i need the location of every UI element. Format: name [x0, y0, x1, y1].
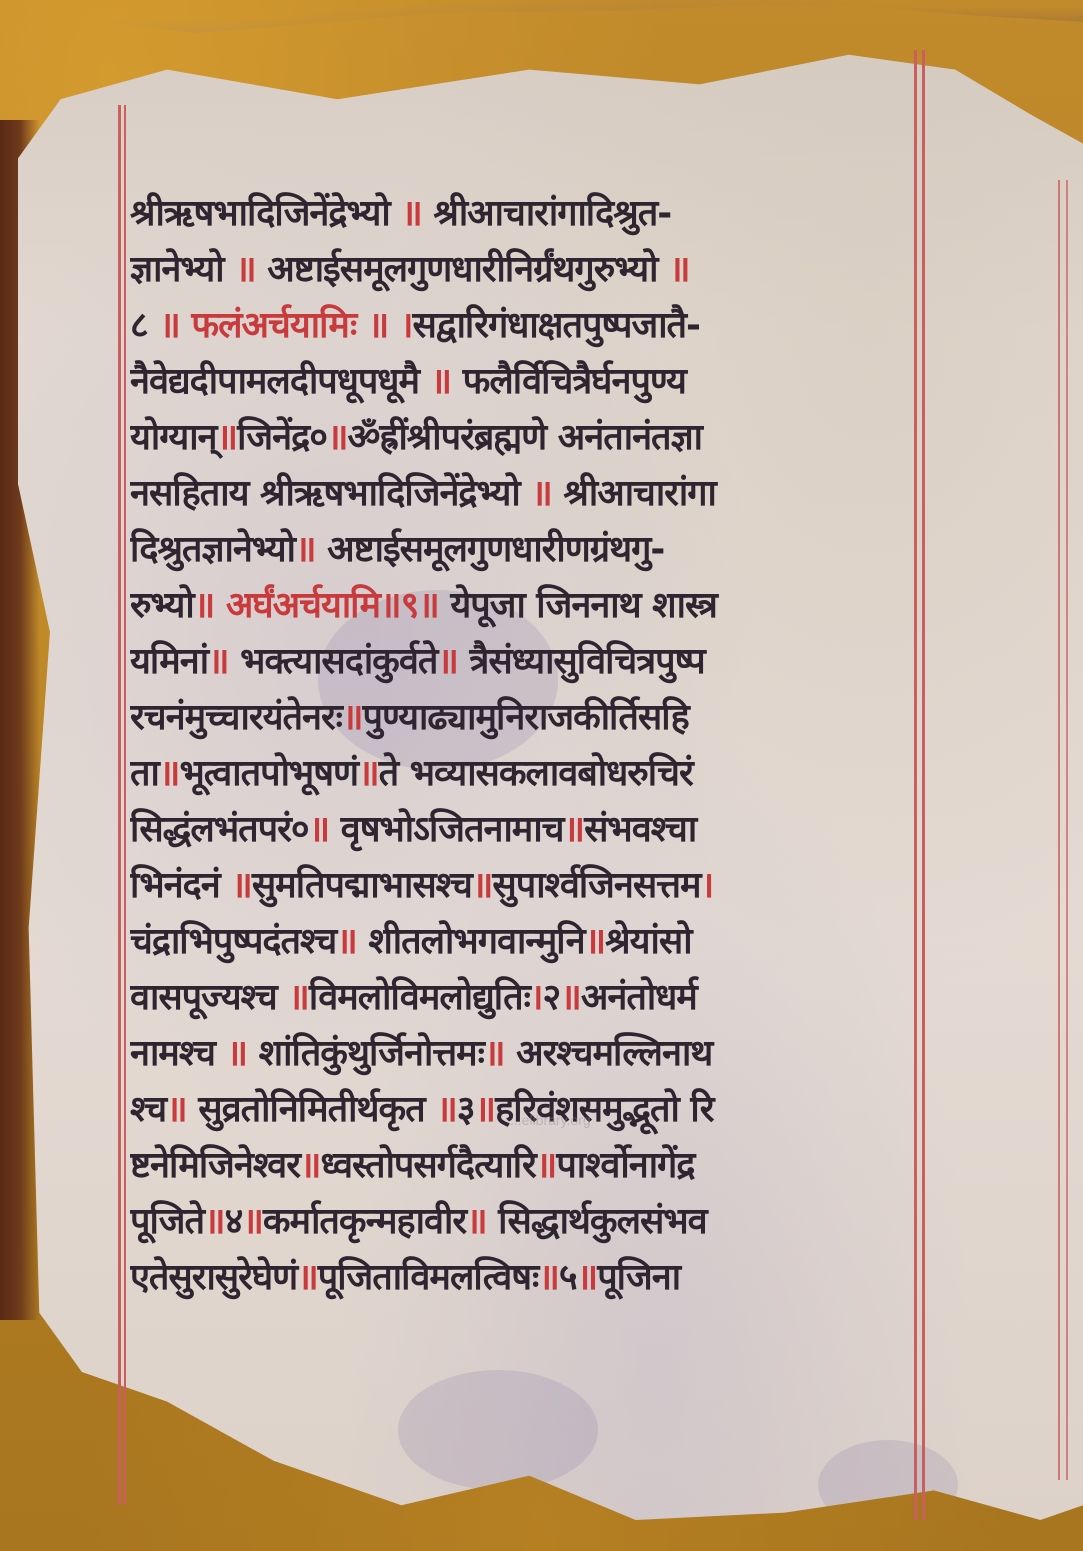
ink-text: ता: [130, 753, 159, 794]
manuscript-line: नैवेद्यदीपामलदीपधूपधूमै ॥ फलैर्विचित्रैर…: [130, 354, 912, 410]
ink-text: [388, 305, 400, 346]
manuscript-line: ता॥भूत्वातपोभूषणं॥ते भव्यासकलावबोधरुचिरं: [130, 746, 912, 802]
rubric-text: ॥: [159, 753, 180, 794]
rubric-text: ॥: [327, 417, 348, 458]
ink-text: नामश्च: [130, 1033, 227, 1074]
ink-text: ज्ञानेभ्यो: [130, 249, 235, 290]
watermark: ...elibrary.org: [510, 1112, 591, 1128]
ink-text: ४: [225, 1201, 243, 1242]
ink-text: श्रीऋषभादिजिनेंद्रेभ्यो: [130, 193, 401, 234]
rubric-text: ॥: [300, 1145, 321, 1186]
manuscript-line: योग्यान्॥जिनेंद्र०॥ॐह्रींश्रीपरंब्रह्मणे…: [130, 410, 912, 466]
ink-text: सुव्रतोनिमितीर्थकृत: [187, 1089, 436, 1130]
ink-text: योग्यान्: [130, 417, 217, 458]
ink-text: अष्टाईसमूलगुणधारीणग्रंथगु-: [316, 529, 665, 570]
ink-text: शीतलोभगवान्मुनि: [357, 921, 585, 962]
ink-text: पुण्याढ्यामुनिराजकीर्तिसहि: [363, 697, 689, 738]
rubric-text: ॥: [297, 1257, 318, 1298]
right-border-rule-inner: [914, 50, 917, 1520]
manuscript-line: ज्ञानेभ्यो ॥ अष्टाईसमूलगुणधारीनिर्ग्रंथग…: [130, 242, 912, 298]
rubric-text: ॥: [295, 529, 316, 570]
rubric-text: ॥: [309, 809, 330, 850]
manuscript-text-block: श्रीऋषभादिजिनेंद्रेभ्यो ॥ श्रीआचारांगादि…: [130, 186, 912, 1306]
rubric-text: ॥: [431, 361, 452, 402]
ink-text: अरश्चमल्लिनाथ: [505, 1033, 713, 1074]
ink-text: दिश्रुतज्ञानेभ्यो: [130, 529, 295, 570]
manuscript-line: एतेसुरासुरेघेणं॥पूजिताविमलत्विषः॥५॥पूजिन…: [130, 1250, 912, 1306]
ink-text: रुभ्यो: [130, 585, 194, 626]
rubric-text: ।: [530, 977, 543, 1018]
ink-text: वासपूज्यश्च: [130, 977, 288, 1018]
ink-text: भिनंदनं: [130, 865, 231, 906]
rubric-text: ॥: [288, 977, 309, 1018]
rubric-text: ।: [701, 865, 714, 906]
manuscript-line: रचनंमुच्चारयंतेनरः॥पुण्याढ्यामुनिराजकीर्…: [130, 690, 912, 746]
manuscript-line: यमिनां॥ भक्त्यासदांकुर्वते॥ त्रैसंध्यासु…: [130, 634, 912, 690]
ink-text: चंद्राभिपुष्पदंतश्च: [130, 921, 336, 962]
manuscript-line: नसहिताय श्रीऋषभादिजिनेंद्रेभ्यो ॥ श्रीआच…: [130, 466, 912, 522]
ink-text: फलैर्विचित्रैर्घनपुण्य: [451, 361, 686, 402]
manuscript-line: श्रीऋषभादिजिनेंद्रेभ्यो ॥ श्रीआचारांगादि…: [130, 186, 912, 242]
manuscript-line: दिश्रुतज्ञानेभ्यो॥ अष्टाईसमूलगुणधारीणग्र…: [130, 522, 912, 578]
ink-text: श्च: [130, 1089, 166, 1130]
rubric-text: ॥: [401, 193, 422, 234]
ink-text: वृषभोऽजितनामाच: [329, 809, 563, 850]
rubric-text: ॥: [560, 977, 581, 1018]
right-border-rule-outer: [922, 50, 925, 1520]
outer-margin-rule: [1058, 180, 1060, 1480]
ink-text: अनंतोधर्म: [581, 977, 697, 1018]
ink-text: श्रीआचारांगादिश्रुत-: [422, 193, 671, 234]
manuscript-line: चंद्राभिपुष्पदंतश्च॥ शीतलोभगवान्मुनि॥श्र…: [130, 914, 912, 970]
rubric-text: ॥: [217, 417, 238, 458]
ink-text: शांतिकुंथुर्जिनोत्तमः: [247, 1033, 484, 1074]
rubric-text: ॥: [166, 1089, 187, 1130]
ink-text: ध्वस्तोपसर्गदैत्यारि: [321, 1145, 536, 1186]
rubric-text: ॥: [475, 1089, 496, 1130]
rubric-text: ॥: [436, 1089, 457, 1130]
ink-text: सुपार्श्वजिनसत्तम: [492, 865, 700, 906]
rubric-text: ॥: [204, 1201, 225, 1242]
ink-text: नैवेद्यदीपामलदीपधूपधूमै: [130, 361, 431, 402]
ink-text: पूजिताविमलत्विषः: [318, 1257, 539, 1298]
rubric-text: ॥: [577, 1257, 598, 1298]
ink-text: पार्श्वोनागेंद्र: [556, 1145, 694, 1186]
rubric-text: ॥: [536, 1145, 557, 1186]
ink-text: सुमतिपद्माभासश्च: [252, 865, 472, 906]
paper-stain: [398, 1370, 598, 1490]
rubric-text: ॥: [437, 641, 458, 682]
ink-text: जिनेंद्र०: [237, 417, 327, 458]
rubric-text: ॥: [342, 697, 363, 738]
rubric-text: ॥: [227, 1033, 248, 1074]
rubric-text: ॥ अर्घंअर्चयामि॥९॥: [194, 585, 439, 626]
rubric-text: ॥: [231, 865, 252, 906]
ink-text: ष्टनेमिजिनेश्वर: [130, 1145, 300, 1186]
ink-text: ८: [130, 305, 159, 346]
ink-text: त्रैसंध्यासुविचित्रपुष्प: [458, 641, 705, 682]
ink-text: यमिनां: [130, 641, 208, 682]
rubric-text: ॥: [336, 921, 357, 962]
ink-text: अष्टाईसमूलगुणधारीनिर्ग्रंथगुरुभ्यो: [256, 249, 669, 290]
rubric-text: ॥: [538, 1257, 559, 1298]
rubric-text: ॥: [208, 641, 229, 682]
outer-margin-rule: [1066, 180, 1068, 1480]
rubric-text: ॥ फलंअर्चयामिः ॥: [159, 305, 388, 346]
ink-text: कर्मातकृन्महावीर: [263, 1201, 466, 1242]
manuscript-line: पूजिते॥४॥कर्मातकृन्महावीर॥ सिद्धार्थकुलस…: [130, 1194, 912, 1250]
ink-text: २: [543, 977, 561, 1018]
ink-text: सद्वारिगंधाक्षतपुष्पजातै-: [413, 305, 700, 346]
ink-text: ते भव्यासकलावबोधरुचिरं: [379, 753, 693, 794]
rubric-text: ॥: [669, 249, 690, 290]
left-border-rule-inner: [124, 105, 126, 1505]
rubric-text: ॥: [531, 473, 552, 514]
rubric-text: ॥: [242, 1201, 263, 1242]
ink-text: ३: [457, 1089, 475, 1130]
ink-text: नसहिताय श्रीऋषभादिजिनेंद्रेभ्यो: [130, 473, 531, 514]
rubric-text: ।: [400, 305, 413, 346]
ink-text: सिद्धंलभंतपरं०: [130, 809, 309, 850]
rubric-text: ॥: [472, 865, 493, 906]
rubric-text: ॥: [235, 249, 256, 290]
ink-text: संभवश्चा: [584, 809, 696, 850]
manuscript-line: भिनंदनं ॥सुमतिपद्माभासश्च॥सुपार्श्वजिनसत…: [130, 858, 912, 914]
manuscript-line: नामश्च ॥ शांतिकुंथुर्जिनोत्तमः॥ अरश्चमल्…: [130, 1026, 912, 1082]
rubric-text: ॥: [358, 753, 379, 794]
manuscript-line: श्च॥ सुव्रतोनिमितीर्थकृत ॥३॥हरिवंशसमुद्भ…: [130, 1082, 912, 1138]
ink-text: पूजिना: [597, 1257, 680, 1298]
manuscript-line: ८ ॥ फलंअर्चयामिः ॥ ।सद्वारिगंधाक्षतपुष्प…: [130, 298, 912, 354]
ink-text: श्रेयांसो: [605, 921, 691, 962]
ink-text: भक्त्यासदांकुर्वते: [229, 641, 438, 682]
ink-text: श्रीआचारांगा: [552, 473, 716, 514]
ink-text: एतेसुरासुरेघेणं: [130, 1257, 297, 1298]
ink-text: रचनंमुच्चारयंतेनरः: [130, 697, 342, 738]
ink-text: भूत्वातपोभूषणं: [179, 753, 358, 794]
ink-text: सिद्धार्थकुलसंभव: [487, 1201, 707, 1242]
rubric-text: ॥: [564, 809, 585, 850]
ink-text: विमलोविमलोद्युतिः: [309, 977, 530, 1018]
rubric-text: ॥: [466, 1201, 487, 1242]
manuscript-line: ष्टनेमिजिनेश्वर॥ध्वस्तोपसर्गदैत्यारि॥पार…: [130, 1138, 912, 1194]
manuscript-line: वासपूज्यश्च ॥विमलोविमलोद्युतिः।२॥अनंतोधर…: [130, 970, 912, 1026]
manuscript-line: रुभ्यो॥ अर्घंअर्चयामि॥९॥ येपूजा जिननाथ श…: [130, 578, 912, 634]
left-border-rule-outer: [118, 105, 121, 1505]
ink-text: ॐह्रींश्रीपरंब्रह्मणे अनंतानंतज्ञा: [348, 417, 702, 458]
ink-text: येपूजा जिननाथ शास्त्र: [439, 585, 717, 626]
rubric-text: ॥: [585, 921, 606, 962]
ink-text: पूजिते: [130, 1201, 204, 1242]
ink-text: ५: [559, 1257, 577, 1298]
manuscript-line: सिद्धंलभंतपरं०॥ वृषभोऽजितनामाच॥संभवश्चा: [130, 802, 912, 858]
rubric-text: ॥: [484, 1033, 505, 1074]
